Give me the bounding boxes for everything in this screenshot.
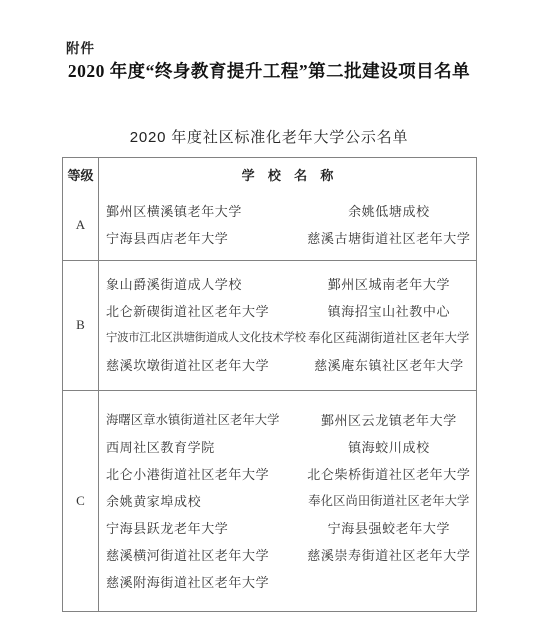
school-line: 慈溪附海街道社区老年大学 [99,569,476,596]
school-line: 慈溪坎墩街道社区老年大学慈溪庵东镇社区老年大学 [99,352,476,379]
school-name-left: 慈溪横河街道社区老年大学 [106,542,307,569]
school-name-right: 鄞州区城南老年大学 [307,271,471,298]
grade-label: A [63,191,99,260]
school-name-right: 慈溪崇寿街道社区老年大学 [307,542,471,569]
grade-label: C [63,391,99,611]
school-name-left: 慈溪附海街道社区老年大学 [106,569,307,596]
school-name-left: 象山爵溪街道成人学校 [106,271,307,298]
school-line: 北仑新碶街道社区老年大学镇海招宝山社教中心 [99,298,476,325]
school-name-right: 慈溪庵东镇社区老年大学 [307,352,471,379]
school-name-column-header: 学 校 名 称 [99,158,476,191]
school-line: 象山爵溪街道成人学校鄞州区城南老年大学 [99,271,476,298]
table-row: B象山爵溪街道成人学校鄞州区城南老年大学北仑新碶街道社区老年大学镇海招宝山社教中… [63,260,476,390]
school-name-right: 余姚低塘成校 [307,198,471,225]
school-line: 北仑小港街道社区老年大学北仑柴桥街道社区老年大学 [99,461,476,488]
grade-column-header: 等级 [63,158,99,191]
school-name-right: 镇海蛟川成校 [307,434,471,461]
school-name-left: 西周社区教育学院 [106,434,307,461]
school-name-right: 奉化区莼湖街道社区老年大学 [307,325,471,352]
table-row: A鄞州区横溪镇老年大学余姚低塘成校宁海县西店老年大学慈溪古塘街道社区老年大学 [63,191,476,260]
school-name-right: 鄞州区云龙镇老年大学 [307,407,471,434]
document-title: 2020 年度“终身教育提升工程”第二批建设项目名单 [0,58,538,83]
school-line: 西周社区教育学院镇海蛟川成校 [99,434,476,461]
school-name-right: 慈溪古塘街道社区老年大学 [307,225,471,252]
school-name-left: 北仑新碶街道社区老年大学 [106,298,307,325]
school-name-right: 镇海招宝山社教中心 [307,298,471,325]
school-line: 余姚黄家埠成校奉化区尚田街道社区老年大学 [99,488,476,515]
school-list-cell: 鄞州区横溪镇老年大学余姚低塘成校宁海县西店老年大学慈溪古塘街道社区老年大学 [99,191,476,260]
grade-table: 等级 学 校 名 称 A鄞州区横溪镇老年大学余姚低塘成校宁海县西店老年大学慈溪古… [62,157,477,612]
school-name-left: 余姚黄家埠成校 [106,488,307,515]
table-row: C海曙区章水镇街道社区老年大学鄞州区云龙镇老年大学西周社区教育学院镇海蛟川成校北… [63,390,476,611]
school-name-right: 北仑柴桥街道社区老年大学 [307,461,471,488]
school-line: 宁海县跃龙老年大学宁海县强蛟老年大学 [99,515,476,542]
school-name-left: 宁海县跃龙老年大学 [106,515,307,542]
grade-label: B [63,261,99,390]
school-line: 鄞州区横溪镇老年大学余姚低塘成校 [99,198,476,225]
school-name-right: 宁海县强蛟老年大学 [307,515,471,542]
school-line: 宁波市江北区洪塘街道成人文化技术学校奉化区莼湖街道社区老年大学 [99,325,476,352]
school-line: 宁海县西店老年大学慈溪古塘街道社区老年大学 [99,225,476,252]
school-line: 慈溪横河街道社区老年大学慈溪崇寿街道社区老年大学 [99,542,476,569]
attachment-label: 附件 [66,37,95,57]
school-list-cell: 海曙区章水镇街道社区老年大学鄞州区云龙镇老年大学西周社区教育学院镇海蛟川成校北仑… [99,391,476,611]
school-name-right: 奉化区尚田街道社区老年大学 [307,488,471,515]
school-line: 海曙区章水镇街道社区老年大学鄞州区云龙镇老年大学 [99,407,476,434]
school-list-cell: 象山爵溪街道成人学校鄞州区城南老年大学北仑新碶街道社区老年大学镇海招宝山社教中心… [99,261,476,390]
school-name-left: 北仑小港街道社区老年大学 [106,461,307,488]
school-name-left: 鄞州区横溪镇老年大学 [106,198,307,225]
school-name-left: 宁波市江北区洪塘街道成人文化技术学校 [106,325,307,352]
school-name-left: 海曙区章水镇街道社区老年大学 [106,407,307,434]
table-header-row: 等级 学 校 名 称 [63,158,476,191]
school-name-left: 宁海县西店老年大学 [106,225,307,252]
school-name-left: 慈溪坎墩街道社区老年大学 [106,352,307,379]
document-subtitle: 2020 年度社区标准化老年大学公示名单 [0,126,538,147]
